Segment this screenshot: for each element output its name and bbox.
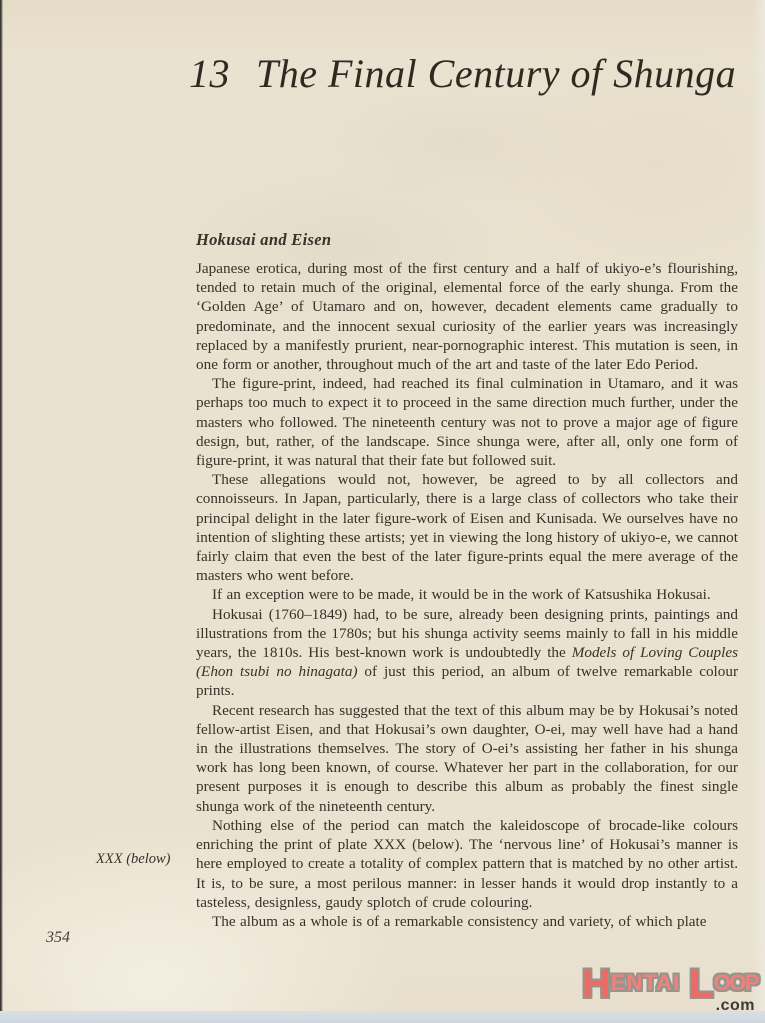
scan-edge-left <box>0 0 3 1011</box>
paragraph: If an exception were to be made, it woul… <box>196 585 738 604</box>
chapter-title-row: 13The Final Century of Shunga <box>189 50 736 97</box>
paragraph: The album as a whole is of a remarkable … <box>196 912 738 931</box>
watermark-word2-rest: OOP <box>714 970 758 995</box>
chapter-title: The Final Century of Shunga <box>256 51 736 96</box>
chapter-number: 13 <box>189 51 230 96</box>
paragraph: Nothing else of the period can match the… <box>196 816 738 912</box>
section-heading: Hokusai and Eisen <box>196 230 331 250</box>
paragraph: Japanese erotica, during most of the fir… <box>196 259 738 374</box>
watermark-word1-rest: ENTAI <box>611 970 680 995</box>
paragraph: These allegations would not, however, be… <box>196 470 738 585</box>
watermark-logo: HENTAILOOP .com <box>582 964 758 1014</box>
page-number: 354 <box>46 929 70 947</box>
paragraph: Recent research has suggested that the t… <box>196 701 738 816</box>
scan-edge-right <box>751 0 765 1011</box>
margin-note: XXX (below) <box>96 851 188 868</box>
book-page-scan: { "page": { "chapter_number": "13", "cha… <box>0 0 765 1023</box>
watermark-word2-initial: L <box>689 962 713 1006</box>
paragraph: Hokusai (1760–1849) had, to be sure, alr… <box>196 605 738 701</box>
watermark-word1-initial: H <box>582 962 611 1006</box>
paragraph: The figure-print, indeed, had reached it… <box>196 374 738 470</box>
body-text: Japanese erotica, during most of the fir… <box>196 259 738 931</box>
